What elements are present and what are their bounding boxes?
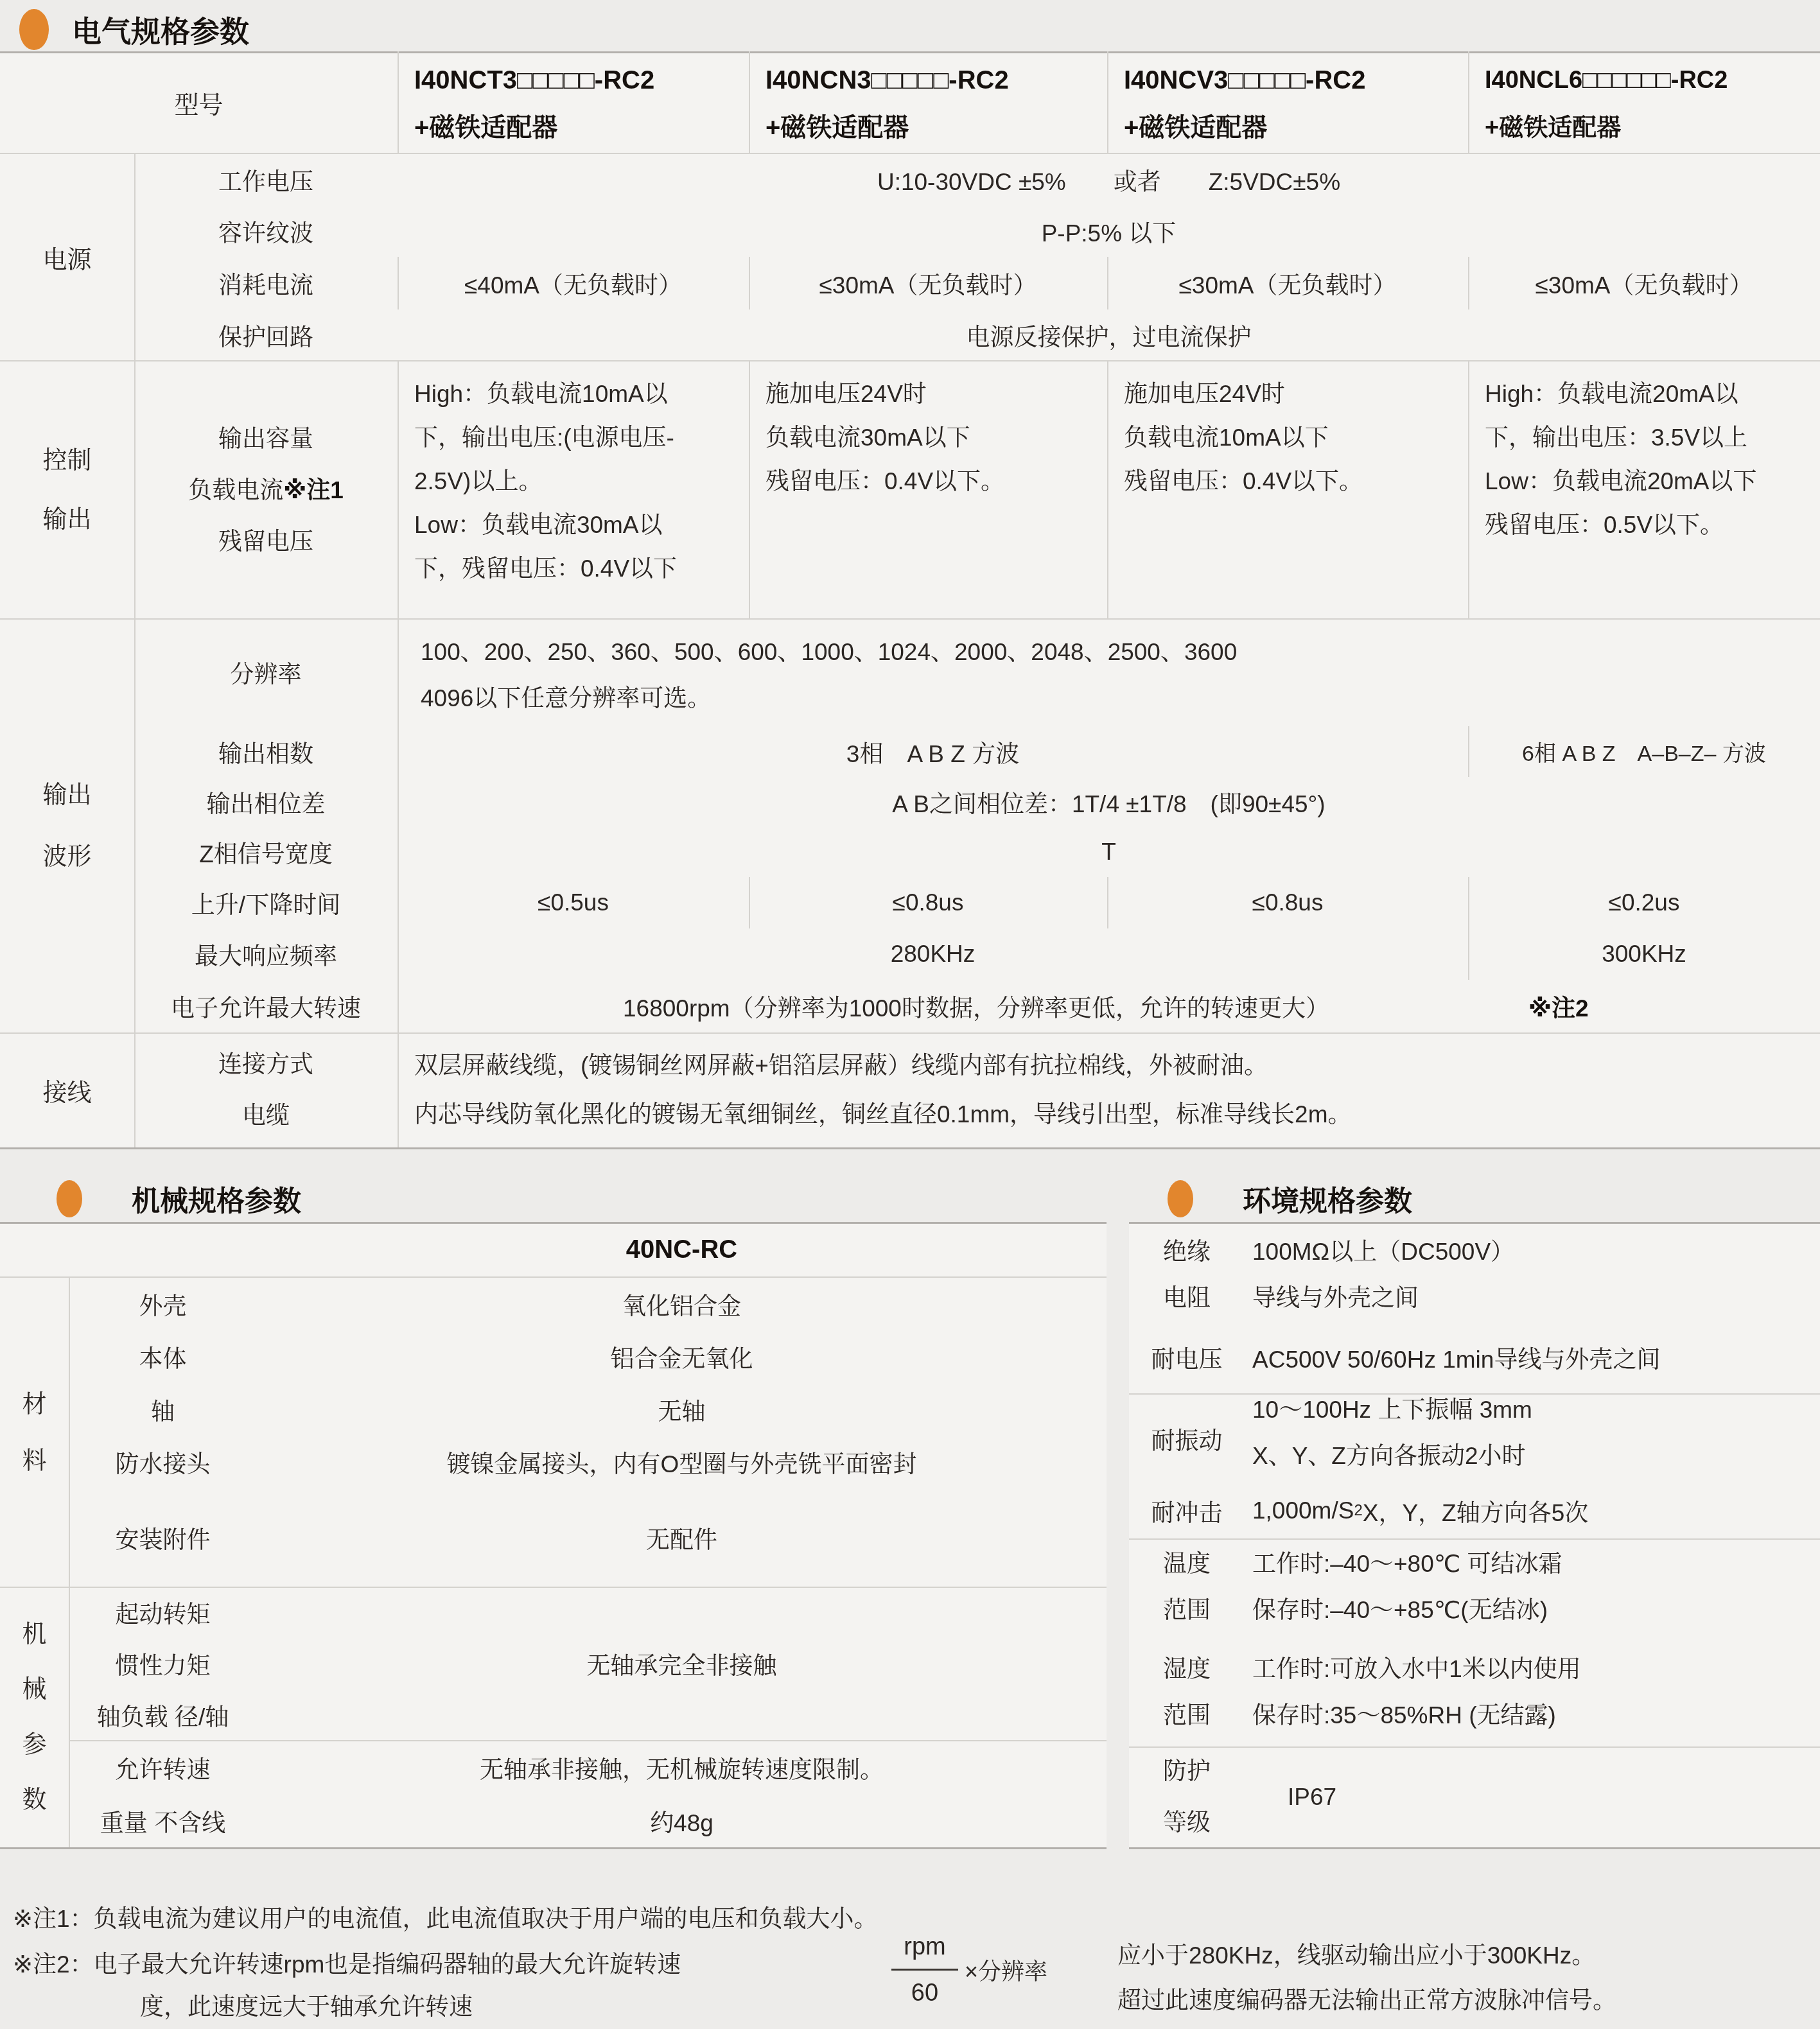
divider <box>0 360 1820 361</box>
row-label-body: 本体 <box>69 1330 257 1383</box>
row-label-connection-cable: 连接方式 电缆 <box>134 1032 398 1147</box>
cell-wiring: 双层屏蔽线缆，(镀锡铜丝网屏蔽+铝箔层屏蔽）线缆内部有抗拉棉线，外被耐油。 内芯… <box>414 1032 1820 1147</box>
cell-current-1: ≤40mA（无负载时） <box>398 257 749 309</box>
row-label-temperature-range: 温度 范围 <box>1129 1541 1245 1633</box>
row-label-residual-voltage: 残留电压 <box>134 514 398 565</box>
row-label-vibration: 耐振动 <box>1129 1395 1245 1483</box>
divider <box>749 51 750 153</box>
row-label-rise-fall: 上升/下降时间 <box>134 877 398 928</box>
formula-fraction-bar <box>891 1969 958 1971</box>
orange-bullet-icon <box>19 9 49 50</box>
group-label-material: 材 料 <box>0 1278 69 1587</box>
mechanical-series-header: 40NC-RC <box>257 1222 1107 1276</box>
cell-ripple: P-P:5% 以下 <box>398 205 1820 257</box>
model-col-header-3: I40NCV3□□□□□-RC2 +磁铁适配器 <box>1124 57 1458 153</box>
group-label-mech-params: 机 械 参 数 <box>0 1587 69 1847</box>
row-label-humidity-range: 湿度 范围 <box>1129 1646 1245 1739</box>
section-title-electrical: 电气规格参数 <box>72 5 521 54</box>
cell-rise-fall-4: ≤0.2us <box>1468 877 1820 928</box>
superscript-2: 2 <box>1354 1502 1362 1520</box>
orange-bullet-icon <box>57 1180 82 1217</box>
formula-multiplier: ×分辨率 <box>965 1949 1119 1990</box>
row-label-z-width: Z相信号宽度 <box>134 827 398 877</box>
divider <box>398 51 399 153</box>
cell-body: 铝合金无氧化 <box>257 1330 1107 1383</box>
row-label-max-speed: 电子允许最大转速 <box>134 980 398 1032</box>
row-label-waterproof-joint: 防水接头 <box>69 1436 257 1488</box>
row-label-withstand-voltage: 耐电压 <box>1129 1321 1245 1393</box>
row-label-shell: 外壳 <box>69 1278 257 1330</box>
row-label-insulation-resistance: 绝缘 电阻 <box>1129 1229 1245 1321</box>
cell-current-4: ≤30mA（无负载时） <box>1468 257 1820 309</box>
cell-vibration: 10～100Hz 上下振幅 3mm X、Y、Z方向各振动2小时 <box>1252 1387 1820 1479</box>
cell-max-freq-last: 300KHz <box>1468 928 1820 980</box>
spec-sheet-page: 电气规格参数 型号 I40NCT3□□□□□-RC2 +磁铁适配器 I40NCN… <box>0 0 1820 2029</box>
row-label-output-capacity: 输出容量 负载电流 ※注1 残留电压 <box>134 411 398 565</box>
cell-rise-fall-2: ≤0.8us <box>749 877 1107 928</box>
row-label-ripple: 容许纹波 <box>134 205 398 257</box>
formula-numerator: rpm <box>889 1926 960 1967</box>
footnote-right-line1: 应小于280KHz，线驱动输出应小于300KHz。 <box>1117 1933 1820 1974</box>
cell-torque-inertia-load: 无轴承完全非接触 <box>257 1587 1107 1740</box>
row-label-output-capacity-line1: 输出容量 <box>134 411 398 462</box>
formula-denominator: 60 <box>889 1972 960 2014</box>
row-label-phase-diff: 输出相位差 <box>134 777 398 827</box>
divider <box>1129 1847 1820 1849</box>
cell-max-speed: 16800rpm（分辨率为1000时数据，分辨率更低，允许的转速更大） <box>450 980 1503 1032</box>
model-row-label: 型号 <box>0 51 398 153</box>
row-label-load-current: 负载电流 ※注1 <box>134 462 398 514</box>
divider <box>1129 1538 1820 1540</box>
row-label-protection-circuit: 保护回路 <box>134 309 398 360</box>
group-label-wiring: 接线 <box>0 1032 134 1147</box>
row-label-torque-inertia-load: 起动转矩 惯性力矩 轴负载 径/轴 <box>69 1592 257 1740</box>
cell-rise-fall-1: ≤0.5us <box>398 877 749 928</box>
row-label-shaft: 轴 <box>69 1383 257 1436</box>
cell-shell: 氧化铝合金 <box>257 1278 1107 1330</box>
group-label-power: 电源 <box>0 154 134 360</box>
cell-control-output-3: 施加电压24V时 负载电流10mA以下 残留电压：0.4V以下。 <box>1124 372 1458 610</box>
cell-rise-fall-3: ≤0.8us <box>1107 877 1468 928</box>
cell-mounting-accessory: 无配件 <box>257 1488 1107 1587</box>
divider <box>1129 1222 1820 1224</box>
row-label-weight: 重量 不含线 <box>69 1795 257 1847</box>
row-label-resolution: 分辨率 <box>134 618 398 726</box>
cell-z-width: T <box>398 827 1820 877</box>
model-col-header-2: I40NCN3□□□□□-RC2 +磁铁适配器 <box>766 57 1096 153</box>
model-col-header-1: I40NCT3□□□□□-RC2 +磁铁适配器 <box>414 57 739 153</box>
row-label-protection-rating: 防护 等级 <box>1129 1749 1245 1845</box>
cell-current-2: ≤30mA（无负载时） <box>749 257 1107 309</box>
row-label-phases: 输出相数 <box>134 726 398 777</box>
cell-shock: 1,000m/S2 X，Y，Z轴方向各5次 <box>1252 1483 1820 1538</box>
divider <box>1107 361 1108 618</box>
footnote-right-line2: 超过此速度编码器无法输出正常方波脉冲信号。 <box>1117 1978 1820 2019</box>
cell-insulation-resistance: 100MΩ以上（DC500V） 导线与外壳之间 <box>1252 1229 1820 1321</box>
model-col-header-4: I40NCL6□□□□□□-RC2 +磁铁适配器 <box>1485 57 1816 153</box>
row-label-max-freq: 最大响应频率 <box>134 928 398 980</box>
row-label-mounting-accessory: 安装附件 <box>69 1488 257 1587</box>
cell-waterproof-joint: 镀镍金属接头，内有O型圈与外壳铣平面密封 <box>257 1436 1107 1488</box>
cell-humidity-range: 工作时:可放入水中1米以内使用 保存时:35～85%RH (无结露) <box>1252 1646 1820 1739</box>
group-label-control-output: 控制 输出 <box>0 361 134 618</box>
row-label-current: 消耗电流 <box>134 257 398 309</box>
cell-current-3: ≤30mA（无负载时） <box>1107 257 1468 309</box>
group-label-output-waveform: 输出 波形 <box>0 618 134 1032</box>
divider <box>1468 51 1469 153</box>
divider <box>1129 1746 1820 1748</box>
cell-shaft: 无轴 <box>257 1383 1107 1436</box>
footnote-1: ※注1：负载电流为建议用户的电流值，此电流值取决于用户端的电压和负载大小。 <box>13 1895 1554 1938</box>
cell-phases-last: 6相 A B Z A–B–Z– 方波 <box>1468 726 1820 777</box>
divider <box>0 1847 1107 1849</box>
cell-control-output-1: High：负载电流10mA以 下，输出电压:(电源电压- 2.5V)以上。 Lo… <box>414 372 739 610</box>
section-title-environment: 环境规格参数 <box>1243 1179 1692 1219</box>
cell-withstand-voltage: AC500V 50/60Hz 1min导线与外壳之间 <box>1252 1321 1820 1393</box>
section-title-mechanical: 机械规格参数 <box>132 1179 530 1219</box>
note1-ref: ※注1 <box>283 471 344 505</box>
cell-max-freq-main: 280KHz <box>398 928 1468 980</box>
cell-phase-diff: A B之间相位差：1T/4 ±1T/8 (即90±45°) <box>398 777 1820 827</box>
cell-phases-main: 3相 A B Z 方波 <box>398 726 1468 777</box>
cell-weight: 约48g <box>257 1795 1107 1847</box>
cell-temperature-range: 工作时:–40～+80℃ 可结冰霜 保存时:–40～+85℃(无结冰) <box>1252 1541 1820 1633</box>
row-label-working-voltage: 工作电压 <box>134 154 398 205</box>
divider <box>0 1147 1820 1149</box>
orange-bullet-icon <box>1168 1180 1193 1217</box>
cell-allowed-speed: 无轴承非接触，无机械旋转速度限制。 <box>257 1740 1107 1795</box>
divider <box>1468 361 1469 618</box>
divider <box>1107 51 1108 153</box>
note2-ref: ※注2 <box>1528 980 1721 1032</box>
cell-control-output-4: High：负载电流20mA以 下，输出电压：3.5V以上 Low：负载电流20m… <box>1485 372 1816 610</box>
cell-resolution: 100、200、250、360、500、600、1000、1024、2000、2… <box>421 629 1808 726</box>
row-label-allowed-speed: 允许转速 <box>69 1740 257 1795</box>
cell-working-voltage: U:10-30VDC ±5% 或者 Z:5VDC±5% <box>398 154 1820 205</box>
cell-control-output-2: 施加电压24V时 负载电流30mA以下 残留电压：0.4V以下。 <box>766 372 1096 610</box>
cell-protection-circuit: 电源反接保护，过电流保护 <box>398 309 1820 360</box>
footnote-2-line2: 度，此速度远大于轴承允许转速 <box>140 1983 911 2026</box>
divider <box>749 361 750 618</box>
row-label-shock: 耐冲击 <box>1129 1483 1245 1538</box>
cell-protection-rating: IP67 <box>1262 1749 1544 1845</box>
